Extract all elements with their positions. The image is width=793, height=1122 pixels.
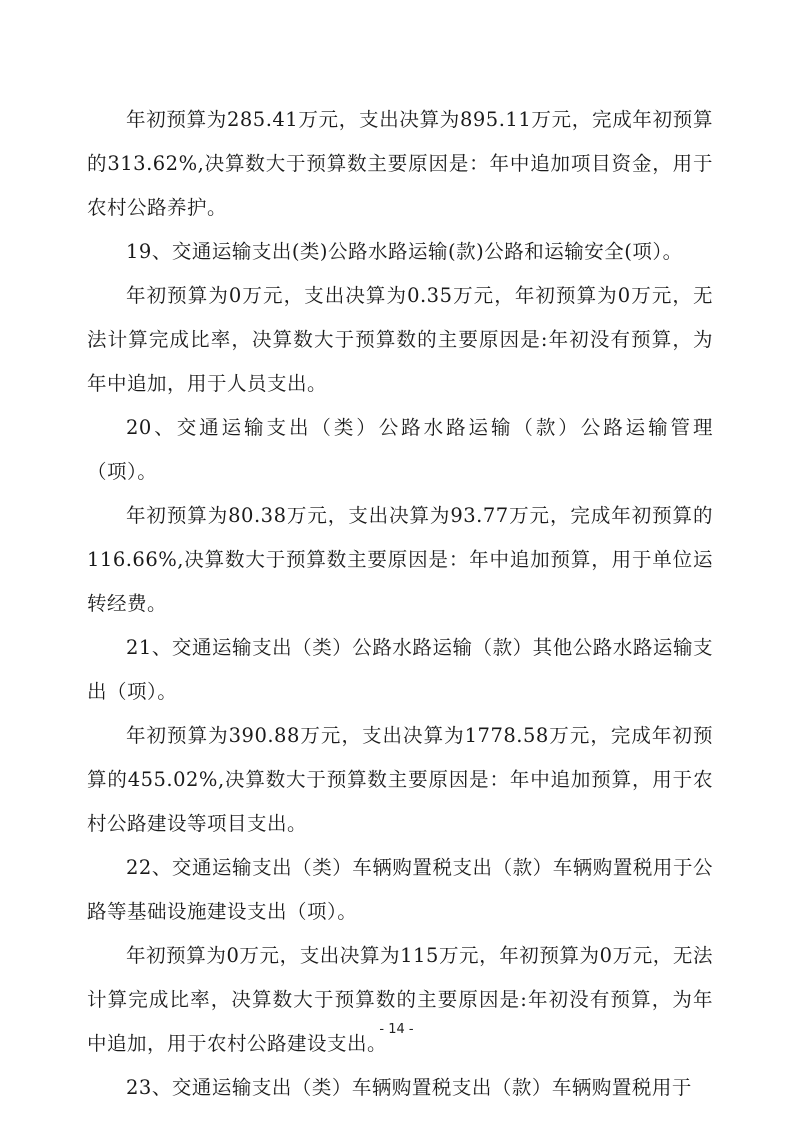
section-heading-19: 19、交通运输支出(类)公路水路运输(款)公路和运输安全(项）。 <box>87 230 713 274</box>
paragraph-budget-road-maintenance: 年初预算为285.41万元，支出决算为895.11万元，完成年初预算的313.6… <box>87 98 713 230</box>
paragraph-budget-21: 年初预算为390.88万元，支出决算为1778.58万元，完成年初预算的455.… <box>87 714 713 846</box>
section-heading-21: 21、交通运输支出（类）公路水路运输（款）其他公路水路运输支出（项）。 <box>87 626 713 714</box>
section-heading-23: 23、交通运输支出（类）车辆购置税支出（款）车辆购置税用于 <box>87 1066 713 1110</box>
document-page: 年初预算为285.41万元，支出决算为895.11万元，完成年初预算的313.6… <box>87 98 713 1110</box>
page-number: - 14 - <box>0 1022 793 1037</box>
section-heading-20: 20、交通运输支出（类）公路水路运输（款）公路运输管理（项）。 <box>87 406 713 494</box>
paragraph-budget-19: 年初预算为0万元，支出决算为0.35万元，年初预算为0万元，无法计算完成比率，决… <box>87 274 713 406</box>
section-heading-22: 22、交通运输支出（类）车辆购置税支出（款）车辆购置税用于公路等基础设施建设支出… <box>87 846 713 934</box>
paragraph-budget-22: 年初预算为0万元，支出决算为115万元，年初预算为0万元，无法计算完成比率，决算… <box>87 934 713 1066</box>
paragraph-budget-20: 年初预算为80.38万元，支出决算为93.77万元，完成年初预算的116.66%… <box>87 494 713 626</box>
